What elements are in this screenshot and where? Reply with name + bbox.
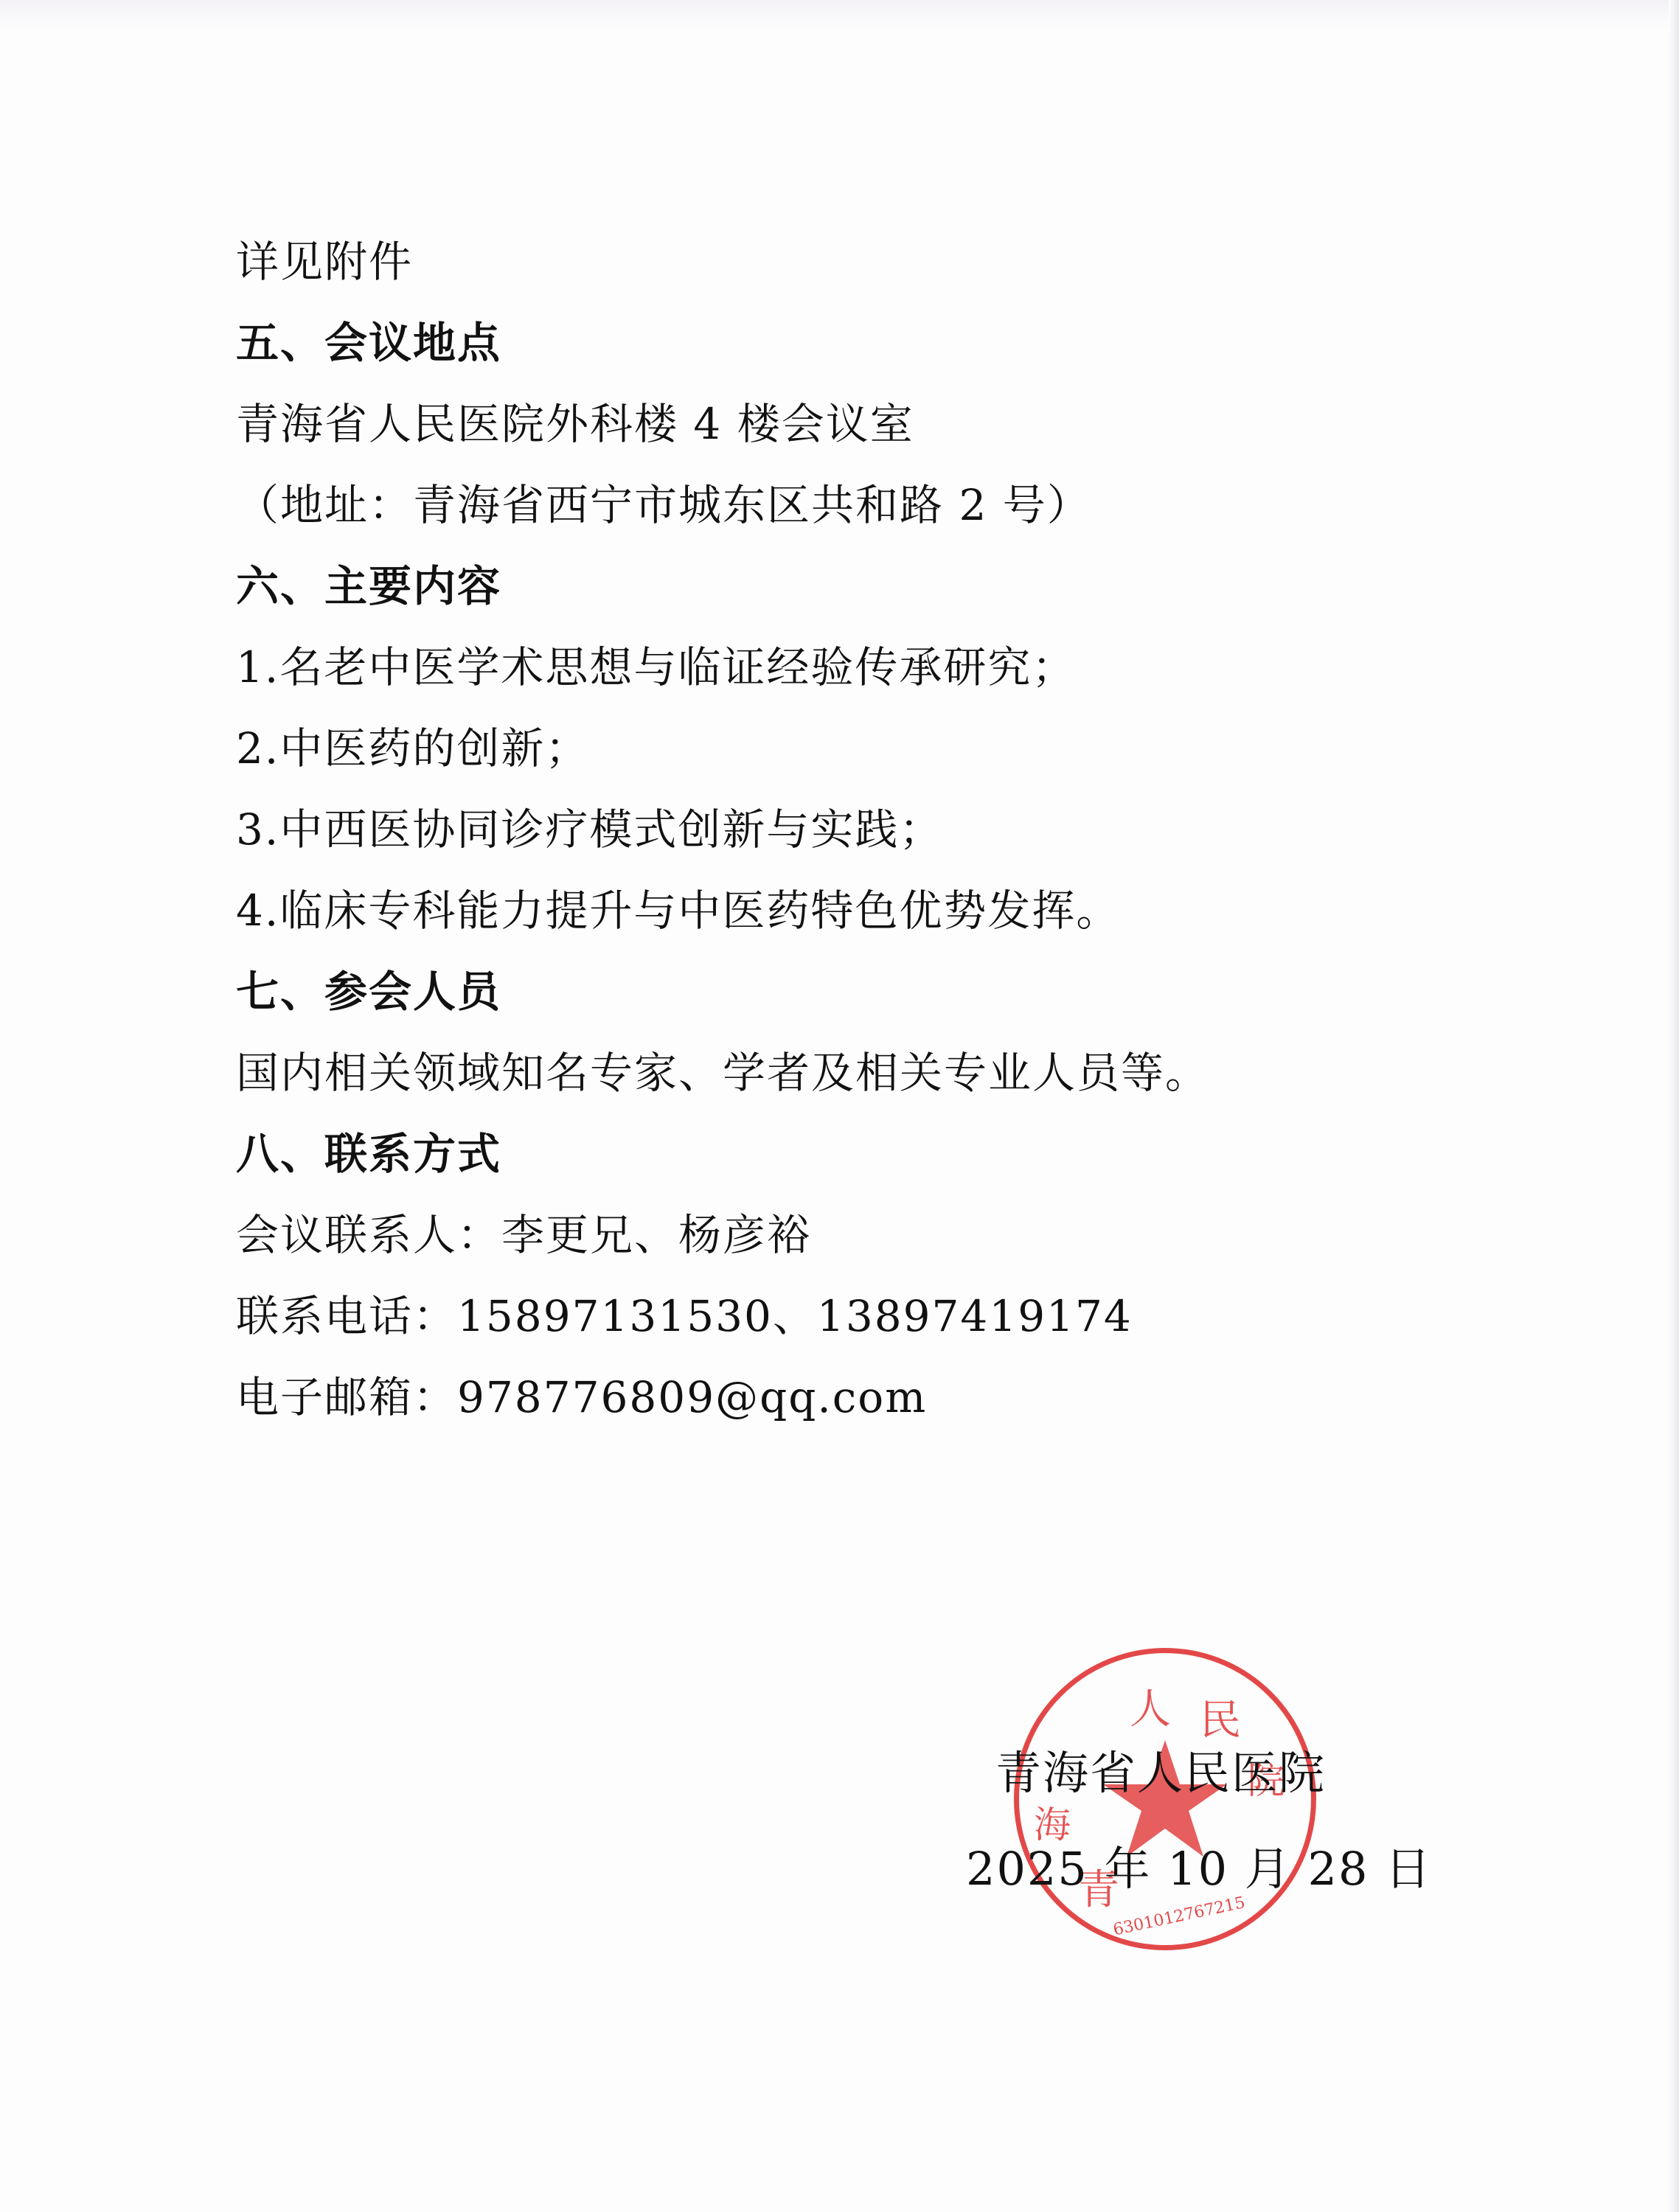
section-heading-attendees: 七、参会人员 [236, 951, 1489, 1032]
contact-person: 会议联系人：李更兄、杨彦裕 [236, 1194, 1489, 1276]
scan-right-edge [1669, 0, 1679, 2212]
section-heading-content: 六、主要内容 [236, 546, 1489, 627]
content-item: 3.中西医协同诊疗模式创新与实践； [236, 789, 1489, 870]
section-heading-contact: 八、联系方式 [236, 1113, 1489, 1194]
svg-text:6301012767215: 6301012767215 [1112, 1893, 1247, 1939]
intro-line: 详见附件 [236, 221, 1489, 302]
content-item: 4.临床专科能力提升与中医药特色优势发挥。 [236, 870, 1489, 951]
address-line: （地址：青海省西宁市城东区共和路 2 号） [236, 465, 1489, 546]
content-item: 2.中医药的创新； [236, 708, 1489, 789]
content-item: 1.名老中医学术思想与临证经验传承研究； [236, 627, 1489, 708]
document-body: 详见附件 五、会议地点 青海省人民医院外科楼 4 楼会议室 （地址：青海省西宁市… [236, 221, 1489, 1438]
contact-email: 电子邮箱：978776809@qq.com [236, 1357, 1489, 1438]
signature-date: 2025 年 10 月 28 日 [966, 1832, 1432, 1898]
signature-organization: 青海省人民医院 [995, 1736, 1326, 1802]
venue-line: 青海省人民医院外科楼 4 楼会议室 [236, 383, 1489, 465]
scan-top-edge [0, 0, 1679, 29]
attendees-line: 国内相关领域知名专家、学者及相关专业人员等。 [236, 1032, 1489, 1113]
contact-phone: 联系电话：15897131530、13897419174 [236, 1276, 1489, 1357]
svg-text:人: 人 [1130, 1686, 1171, 1733]
section-heading-venue: 五、会议地点 [236, 302, 1489, 383]
